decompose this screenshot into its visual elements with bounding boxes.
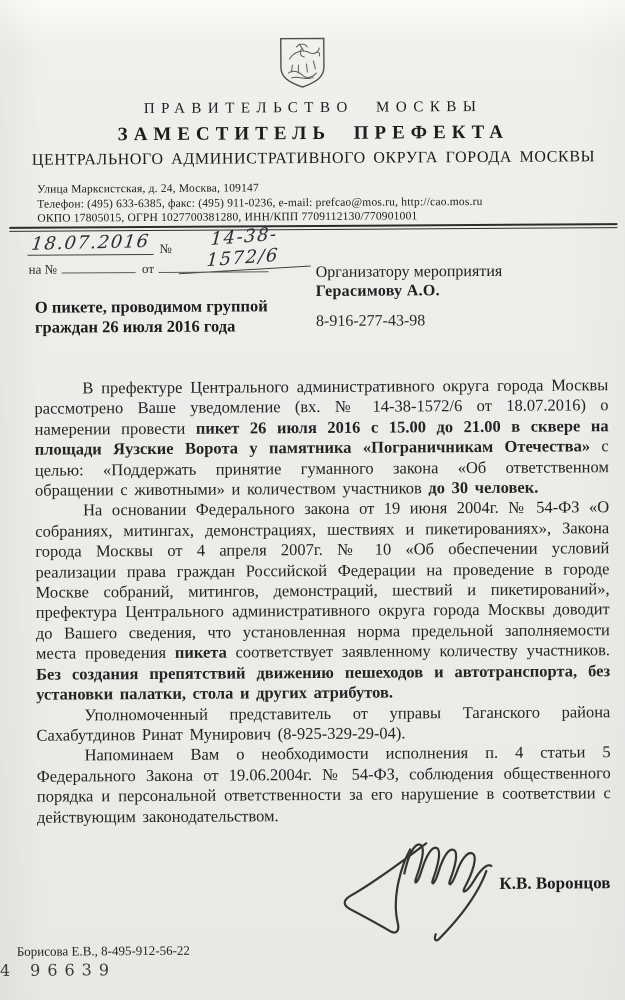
office-title: ЗАМЕСТИТЕЛЬ ПРЕФЕКТА xyxy=(1,121,625,147)
letter-content: ПРАВИТЕЛЬСТВО МОСКВЫ ЗАМЕСТИТЕЛЬ ПРЕФЕКТ… xyxy=(0,0,625,1000)
body-paragraph: В префектуре Центрального административн… xyxy=(34,375,609,501)
body-text-bold-segment: пикета xyxy=(175,643,227,662)
scanned-letter-page: ПРАВИТЕЛЬСТВО МОСКВЫ ЗАМЕСТИТЕЛЬ ПРЕФЕКТ… xyxy=(0,0,625,1000)
recipient-name: Герасимову А.О. xyxy=(316,281,503,301)
stamp-prefix-digit: 4 xyxy=(0,961,10,980)
reply-date-blank xyxy=(159,260,269,273)
body-paragraph: Напоминаем Вам о необходимости исполнени… xyxy=(37,743,611,828)
executor-contact: Борисова Е.В., 8-495-912-56-22 xyxy=(17,943,190,960)
recipient-phone: 8-916-277-43-98 xyxy=(316,312,425,331)
reply-from-label: от xyxy=(142,261,154,276)
body-paragraph: На основании Федерального закона от 19 и… xyxy=(35,498,610,706)
body-text-bold-segment: Без создания препятствий движению пешехо… xyxy=(36,661,610,704)
letter-body: В префектуре Центрального административн… xyxy=(34,375,611,827)
body-paragraph: Уполномоченный представитель от управы Т… xyxy=(36,702,610,746)
outgoing-date-handwritten: 18.07.2016 xyxy=(27,232,153,256)
body-text-segment: соответствует заявленному количеству уча… xyxy=(227,640,610,661)
body-text-segment: Уполномоченный представитель от управы Т… xyxy=(36,702,610,745)
reply-to-label: на № xyxy=(29,262,57,277)
stamp-number: 96639 xyxy=(30,960,116,980)
government-title: ПРАВИТЕЛЬСТВО МОСКВЫ xyxy=(1,98,625,119)
body-text-segment: На основании Федерального закона от 19 и… xyxy=(35,498,610,663)
district-title: ЦЕНТРАЛЬНОГО АДМИНИСТРАТИВНОГО ОКРУГА ГО… xyxy=(1,148,625,170)
letterhead-contacts: Улица Марксистская, д. 24, Москва, 10914… xyxy=(37,180,483,226)
reply-reference-row: на №от xyxy=(29,260,269,277)
handwritten-signature-icon xyxy=(338,835,504,951)
recipient-title: Организатору мероприятия xyxy=(316,262,503,282)
reply-number-blank xyxy=(62,261,136,273)
signer-name: К.В. Воронцов xyxy=(499,873,610,894)
recipient-block: Организатору мероприятия Герасимову А.О. xyxy=(316,262,503,301)
moscow-coat-of-arms-icon xyxy=(279,37,325,89)
subject-line: О пикете, проводимом группой граждан 26 … xyxy=(35,296,268,336)
number-sign-label: № xyxy=(159,241,172,257)
registration-stamp-number: 496639 xyxy=(0,960,116,980)
body-text-segment: Напоминаем Вам о необходимости исполнени… xyxy=(37,743,611,827)
body-text-bold-segment: до 30 человек. xyxy=(428,478,538,498)
